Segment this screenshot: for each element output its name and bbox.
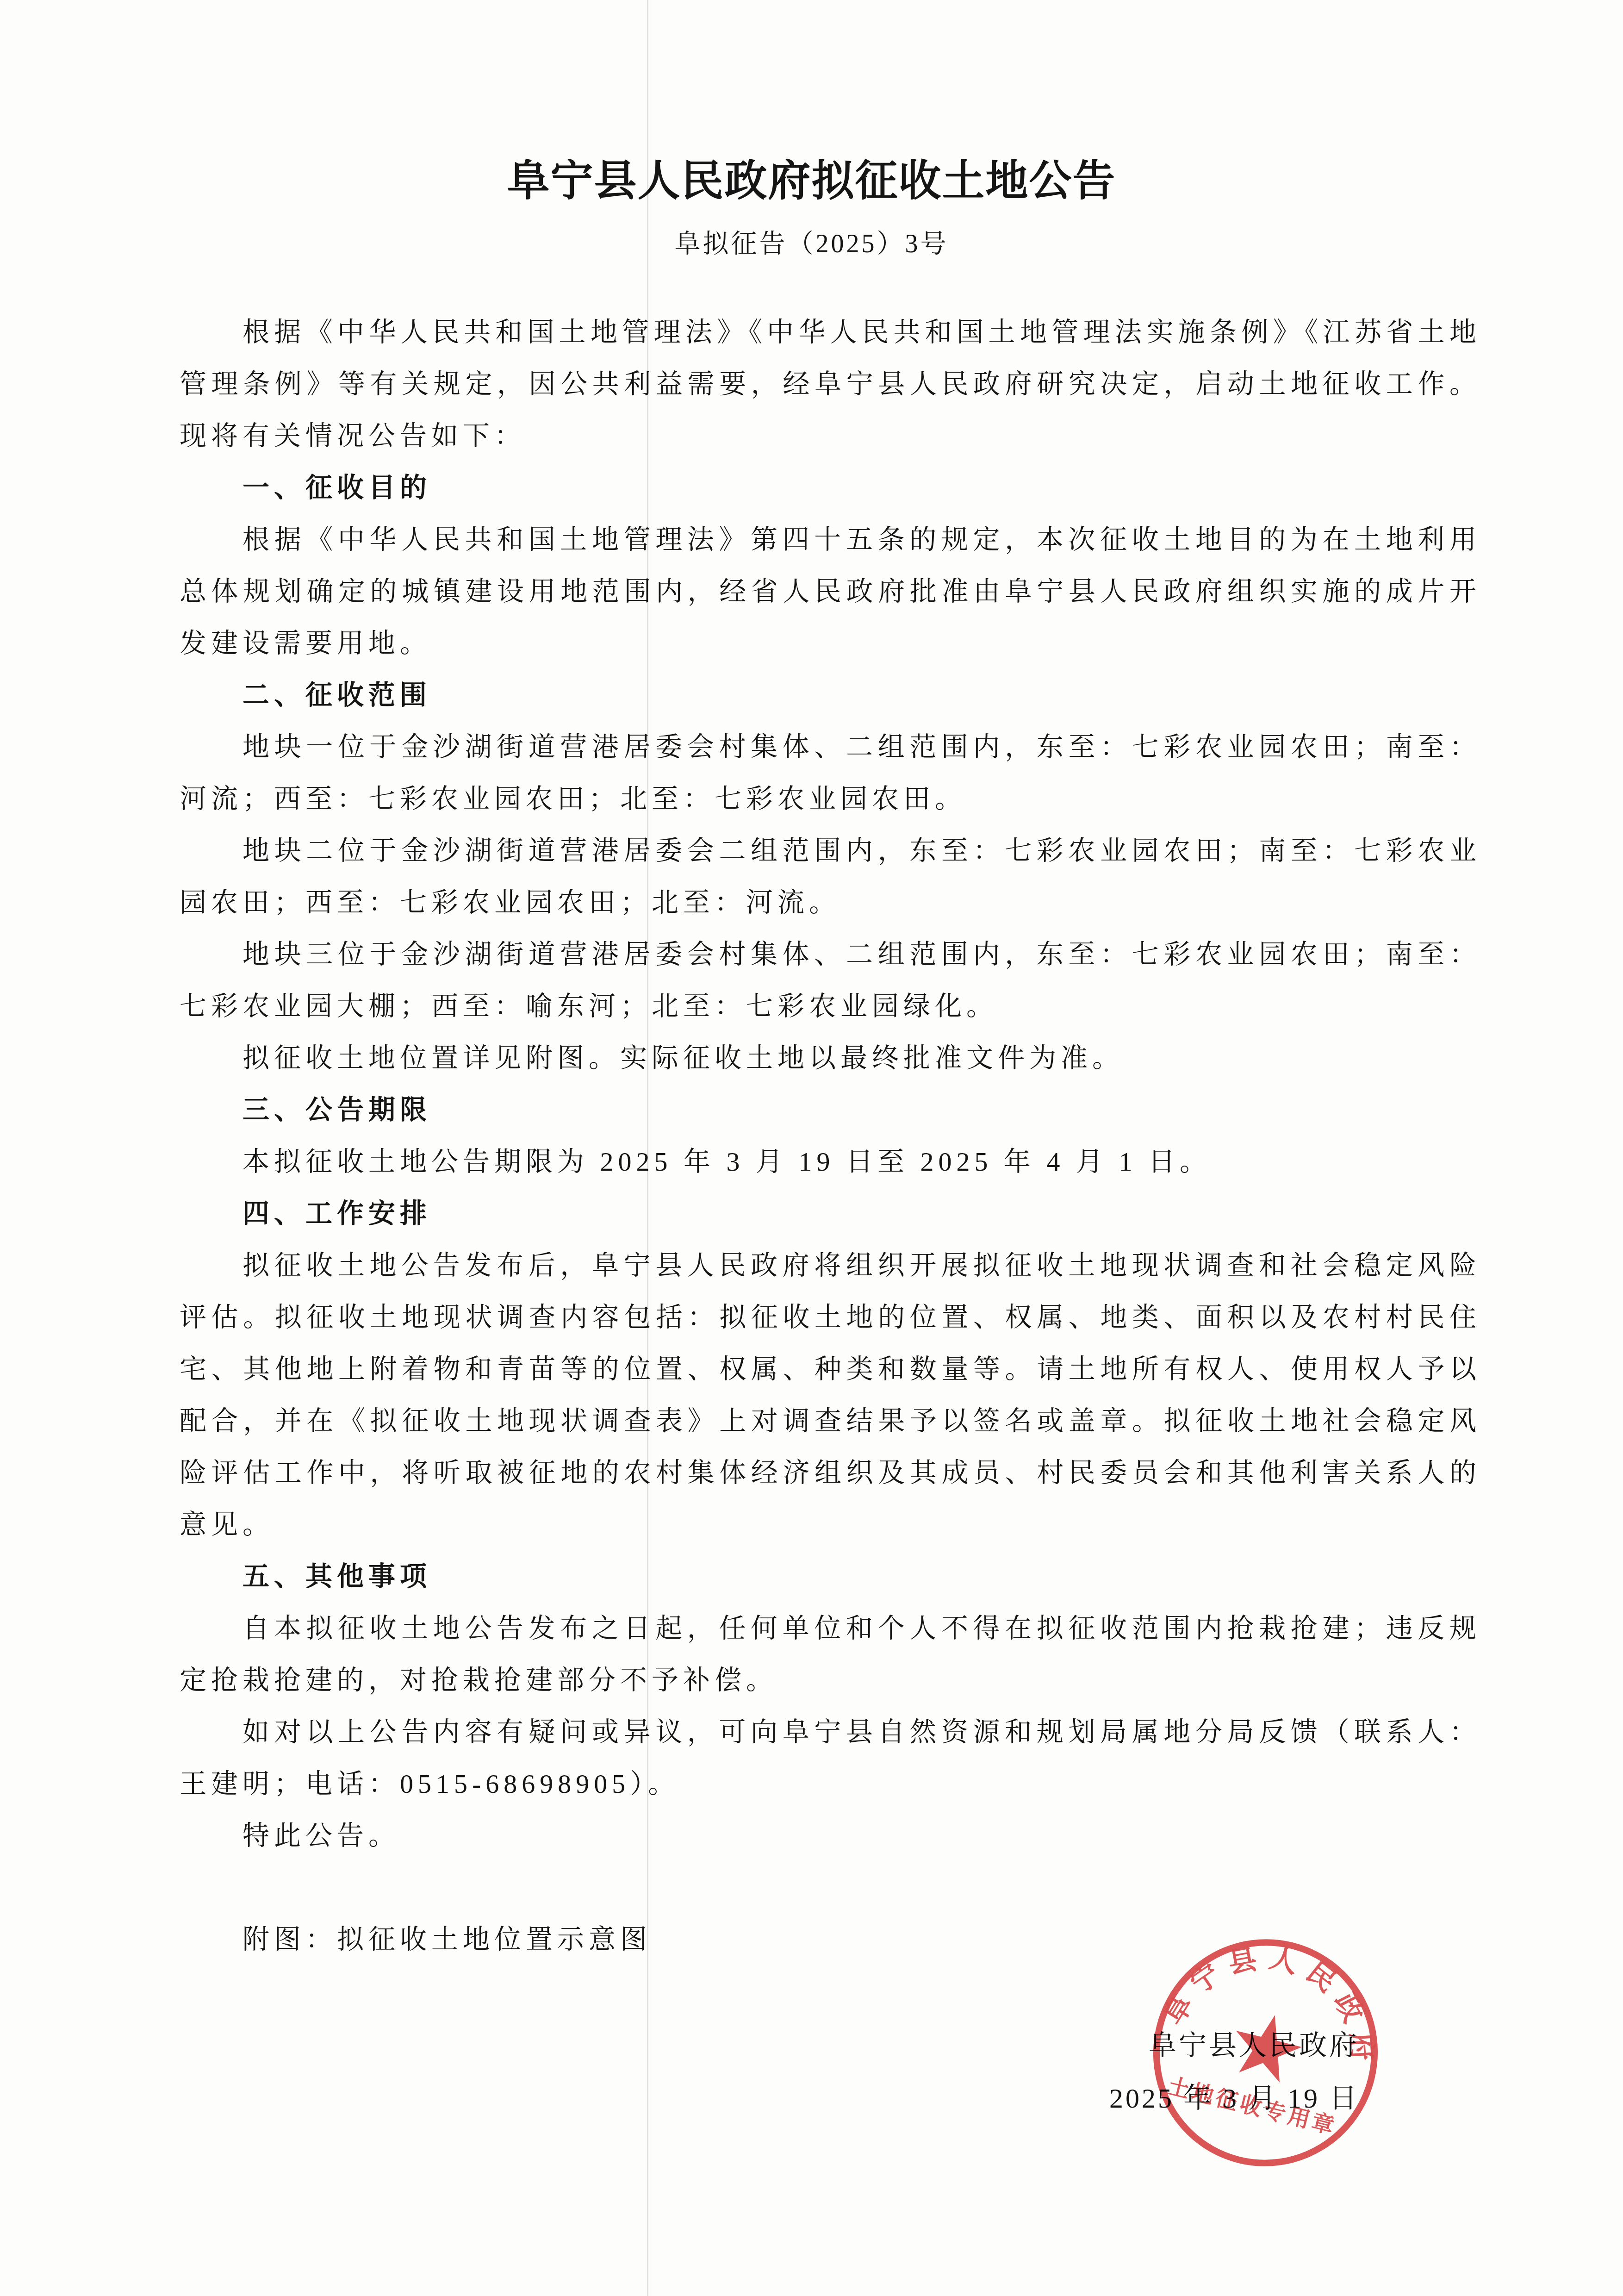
paragraph: 拟征收土地位置详见附图。实际征收土地以最终批准文件为准。 [180, 1032, 1481, 1084]
paragraph: 如对以上公告内容有疑问或异议，可向阜宁县自然资源和规划局属地分局反馈（联系人：王… [180, 1706, 1481, 1810]
paragraph: 本拟征收土地公告期限为 2025 年 3 月 19 日至 2025 年 4 月 … [180, 1136, 1481, 1188]
doc-number: 阜拟征告（2025）3号 [0, 229, 1623, 260]
document-body: 根据《中华人民共和国土地管理法》《中华人民共和国土地管理法实施条例》《江苏省土地… [180, 306, 1481, 1965]
paragraph: 自本拟征收土地公告发布之日起，任何单位和个人不得在拟征收范围内抢栽抢建；违反规定… [180, 1603, 1481, 1706]
paragraph: 地块二位于金沙湖街道营港居委会二组范围内，东至：七彩农业园农田；南至：七彩农业园… [180, 825, 1481, 929]
paragraph: 根据《中华人民共和国土地管理法》第四十五条的规定，本次征收土地目的为在土地利用总… [180, 514, 1481, 669]
section-heading: 五、其他事项 [180, 1551, 1481, 1603]
section-heading: 三、公告期限 [180, 1084, 1481, 1136]
paragraph: 地块一位于金沙湖街道营港居委会村集体、二组范围内，东至：七彩农业园农田；南至：河… [180, 721, 1481, 825]
paragraph: 拟征收土地公告发布后，阜宁县人民政府将组织开展拟征收土地现状调查和社会稳定风险评… [180, 1240, 1481, 1551]
section-heading: 一、征收目的 [180, 462, 1481, 514]
paragraph: 特此公告。 [180, 1810, 1481, 1862]
paragraph: 根据《中华人民共和国土地管理法》《中华人民共和国土地管理法实施条例》《江苏省土地… [180, 306, 1481, 462]
paragraph: 地块三位于金沙湖街道营港居委会村集体、二组范围内，东至：七彩农业园农田；南至：七… [180, 929, 1481, 1032]
section-heading: 四、工作安排 [180, 1188, 1481, 1240]
section-heading: 二、征收范围 [180, 669, 1481, 721]
page-title: 阜宁县人民政府拟征收土地公告 [0, 156, 1623, 206]
star-icon [1226, 2007, 1307, 2085]
document-page: 阜宁县人民政府拟征收土地公告 阜拟征告（2025）3号 根据《中华人民共和国土地… [0, 0, 1623, 2296]
